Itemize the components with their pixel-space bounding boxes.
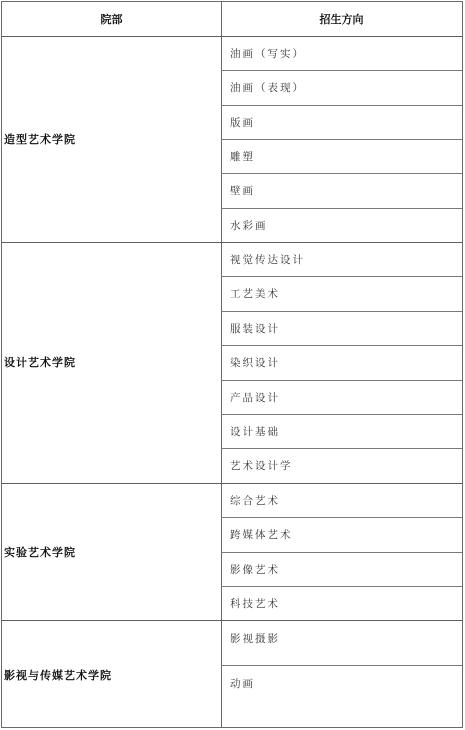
major-cell: 动画 bbox=[230, 665, 255, 701]
major-cell: 影视摄影 bbox=[230, 620, 280, 656]
header-department: 院部 bbox=[2, 2, 221, 36]
major-cell: 水彩画 bbox=[230, 208, 268, 242]
header-direction: 招生方向 bbox=[221, 2, 462, 36]
row-divider bbox=[221, 665, 462, 666]
department-cell: 影视与传媒艺术学院 bbox=[4, 620, 112, 729]
major-cell: 油画（写实） bbox=[230, 36, 305, 70]
major-cell: 视觉传达设计 bbox=[230, 242, 305, 276]
major-cell: 壁画 bbox=[230, 173, 255, 208]
major-cell: 跨媒体艺术 bbox=[230, 517, 293, 552]
major-cell: 科技艺术 bbox=[230, 586, 280, 620]
major-cell: 综合艺术 bbox=[230, 483, 280, 517]
department-cell: 造型艺术学院 bbox=[4, 36, 76, 242]
row-divider bbox=[221, 105, 462, 106]
major-cell: 影像艺术 bbox=[230, 552, 280, 586]
major-cell: 版画 bbox=[230, 105, 255, 139]
major-cell: 油画（表现） bbox=[230, 70, 305, 105]
enrollment-table: 院部 招生方向 造型艺术学院 油画（写实） 油画（表现） 版画 雕塑 壁画 水彩… bbox=[1, 1, 463, 728]
row-divider bbox=[221, 173, 462, 174]
row-divider bbox=[221, 139, 462, 140]
department-cell: 设计艺术学院 bbox=[4, 242, 76, 482]
department-cell: 实验艺术学院 bbox=[4, 483, 76, 620]
major-cell: 艺术设计学 bbox=[230, 448, 293, 482]
major-cell: 产品设计 bbox=[230, 380, 280, 414]
major-cell: 服装设计 bbox=[230, 311, 280, 345]
major-cell: 染织设计 bbox=[230, 345, 280, 380]
major-cell: 工艺美术 bbox=[230, 276, 280, 311]
major-cell: 雕塑 bbox=[230, 139, 255, 173]
column-divider bbox=[221, 2, 222, 727]
major-cell: 设计基础 bbox=[230, 414, 280, 448]
